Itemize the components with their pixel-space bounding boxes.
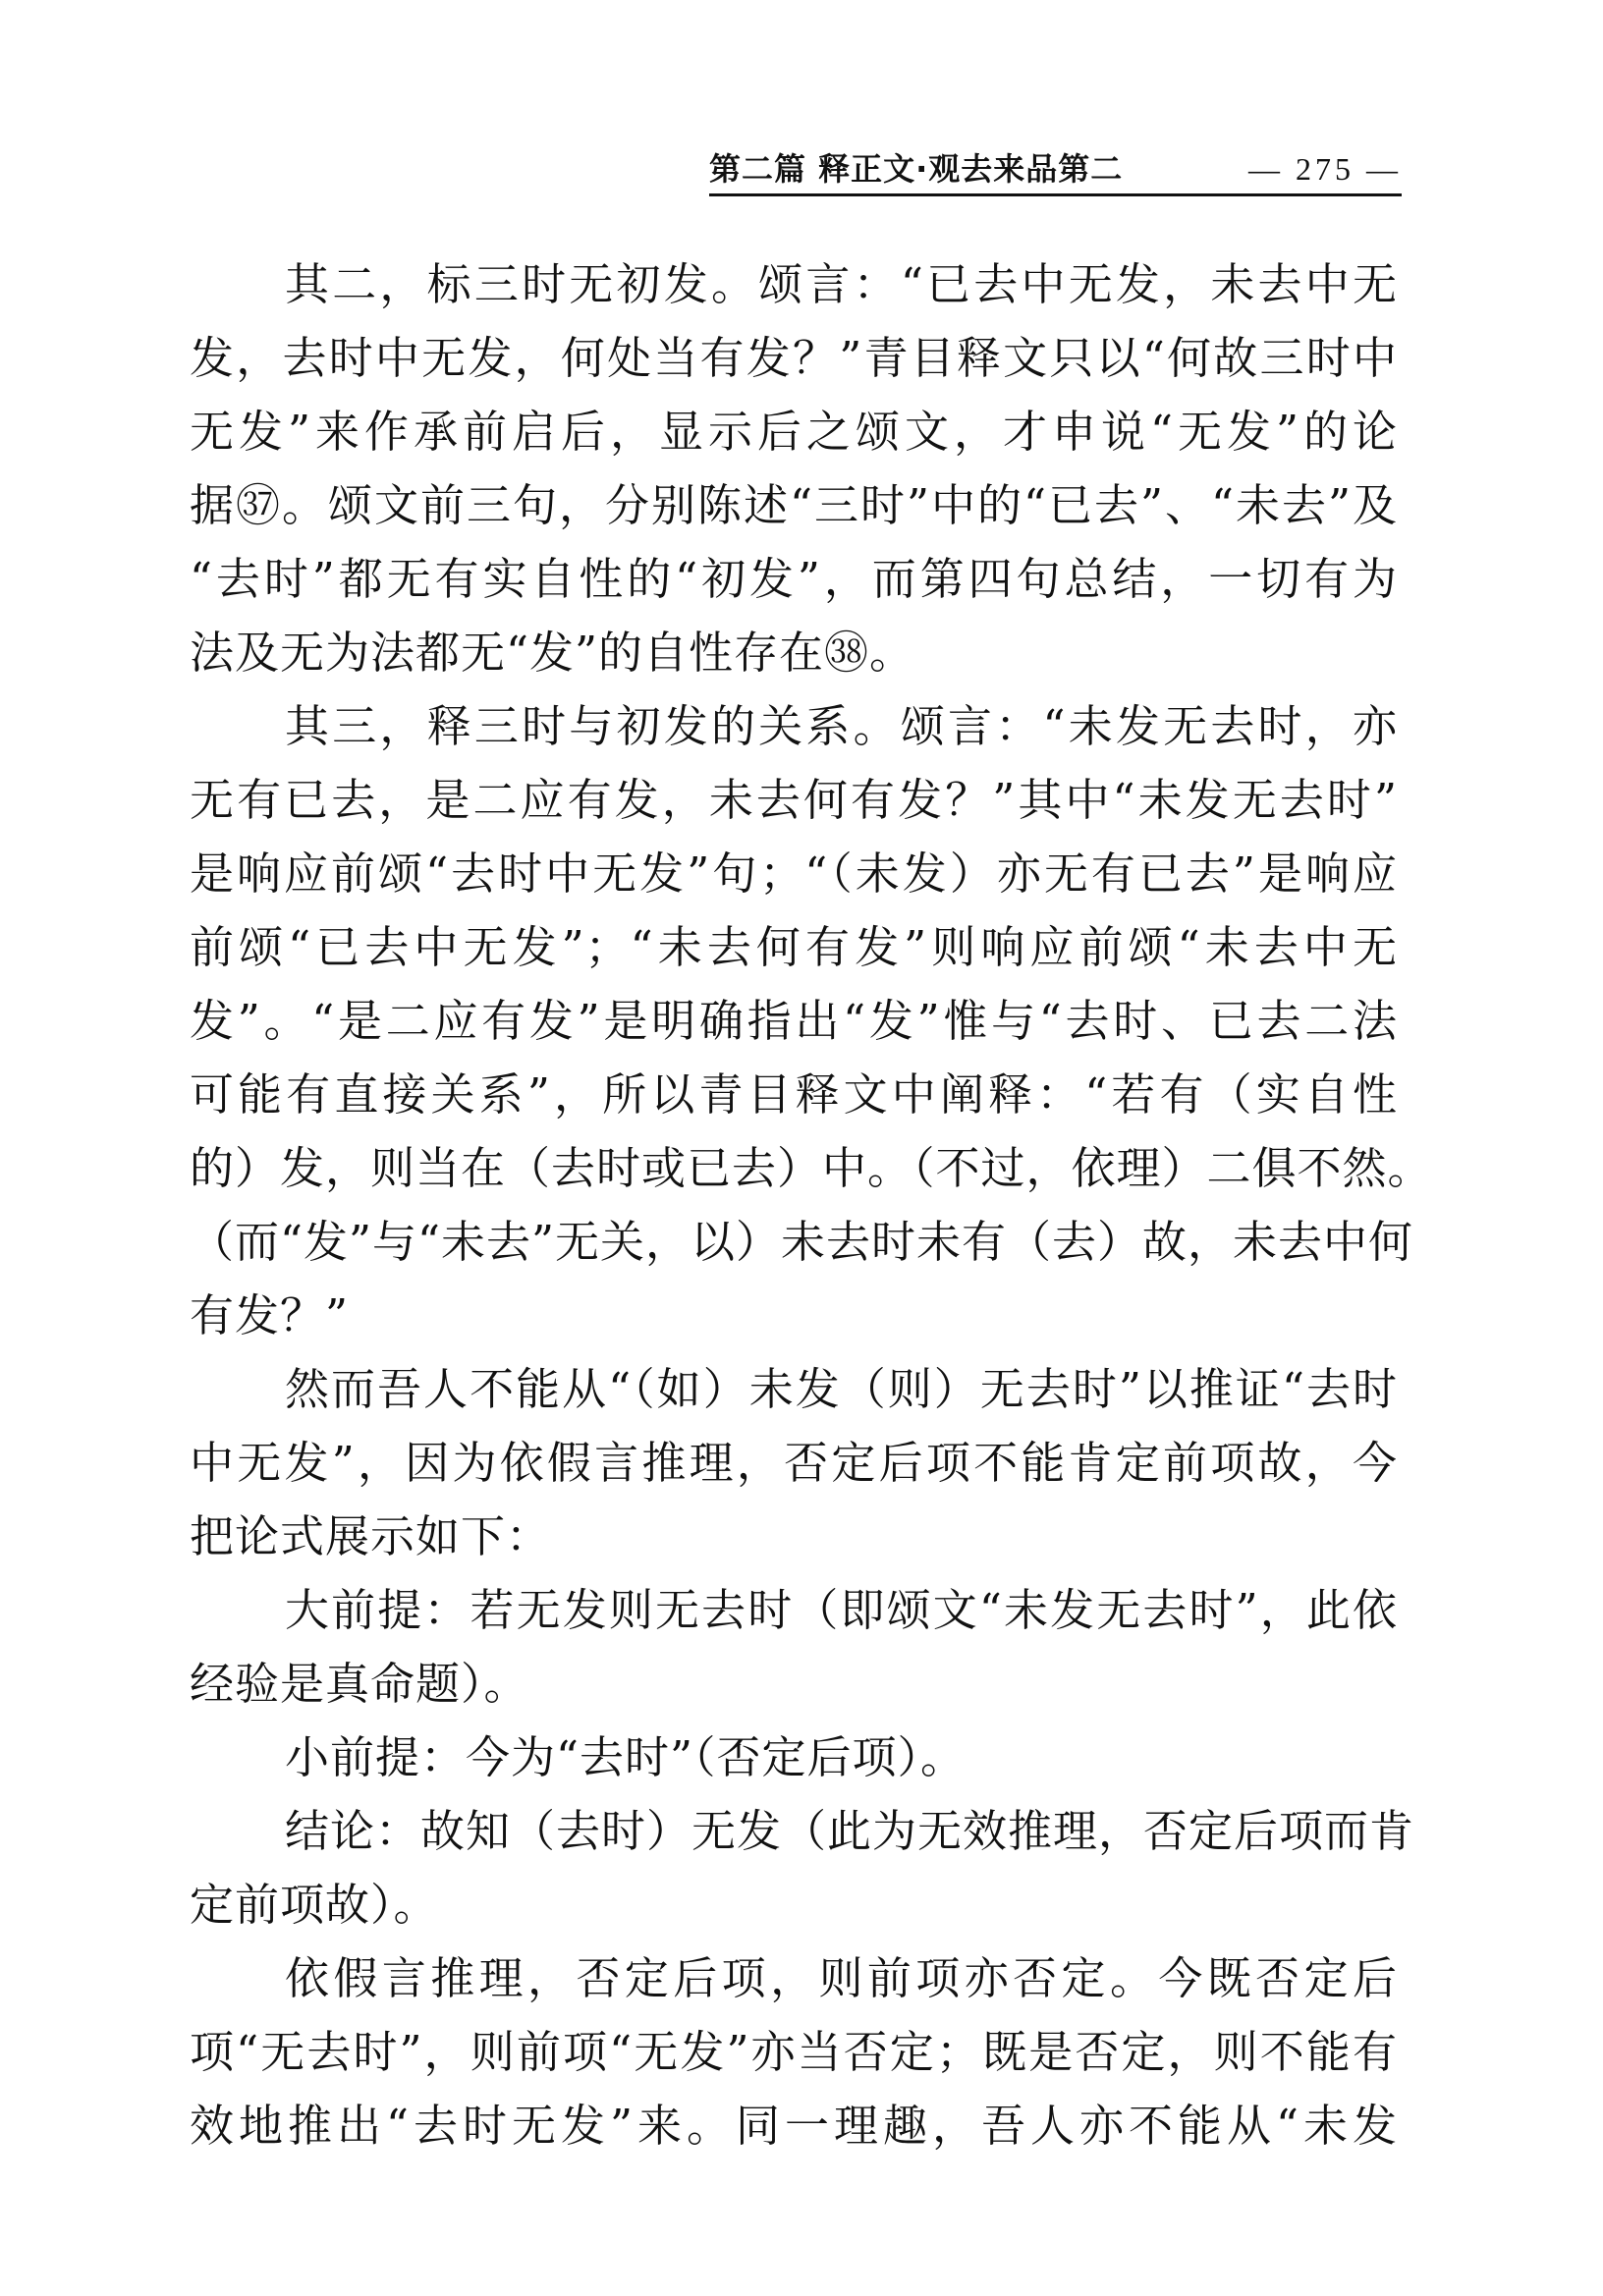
text-line: 大前提：若无发则无去时（即颂文“未发无去时”，此依 bbox=[285, 1581, 1398, 1640]
text-line: 效地推出“去时无发”来。同一理趣，吾人亦不能从“未发 bbox=[190, 2097, 1398, 2156]
text-line: 项“无去时”，则前项“无发”亦当否定；既是否定，则不能有 bbox=[190, 2023, 1398, 2082]
text-line: 的）发，则当在（去时或已去）中。（不过，依理）二俱不然。 bbox=[190, 1139, 1398, 1198]
text-line: 前颂“已去中无发”；“未去何有发”则响应前颂“未去中无 bbox=[190, 918, 1398, 977]
text-line: 中无发”，因为依假言推理，否定后项不能肯定前项故，今 bbox=[190, 1434, 1398, 1493]
text-line: 是响应前颂“去时中无发”句；“（未发）亦无有已去”是响应 bbox=[190, 845, 1398, 903]
text-line: 据㊲。颂文前三句，分别陈述“三时”中的“已去”、“未去”及 bbox=[190, 476, 1398, 535]
text-line: 依假言推理，否定后项，则前项亦否定。今既否定后 bbox=[285, 1949, 1398, 2008]
text-line: 法及无为法都无“发”的自性存在㊳。 bbox=[190, 624, 1398, 683]
text-line: 定前项故）。 bbox=[190, 1876, 1398, 1935]
text-line: （而“发”与“未去”无关，以）未去时未有（去）故，未去中何 bbox=[190, 1213, 1398, 1272]
text-line: 可能有直接关系”，所以青目释文中阐释：“若有（实自性 bbox=[190, 1066, 1398, 1124]
text-line: 其三，释三时与初发的关系。颂言：“未发无去时，亦 bbox=[285, 697, 1398, 756]
text-line: 其二，标三时无初发。颂言：“已去中无发，未去中无 bbox=[285, 255, 1398, 314]
text-line: 无发”来作承前启后，显示后之颂文，才申说“无发”的论 bbox=[190, 403, 1398, 462]
text-line: 发”。“是二应有发”是明确指出“发”惟与“去时、已去二法 bbox=[190, 992, 1398, 1051]
text-line: 然而吾人不能从“（如）未发（则）无去时”以推证“去时 bbox=[285, 1360, 1398, 1419]
text-line: 经验是真命题）。 bbox=[190, 1655, 1398, 1714]
running-head-title: 第二篇 释正文·观去来品第二 bbox=[709, 147, 1123, 194]
text-line: 发，去时中无发，何处当有发？”青目释文只以“何故三时中 bbox=[190, 329, 1398, 388]
running-head: 第二篇 释正文·观去来品第二 — 275 — bbox=[709, 147, 1402, 194]
text-line: 无有已去，是二应有发，未去何有发？”其中“未发无去时” bbox=[190, 771, 1398, 830]
text-line: 小前提：今为“去时”（否定后项）。 bbox=[285, 1728, 1398, 1787]
text-line: 结论：故知（去时）无发（此为无效推理，否定后项而肯 bbox=[285, 1802, 1398, 1861]
header-rule bbox=[709, 193, 1402, 196]
text-line: 有发？” bbox=[190, 1286, 1398, 1345]
text-line: “去时”都无有实自性的“初发”，而第四句总结，一切有为 bbox=[190, 550, 1398, 609]
page-number: — 275 — bbox=[1248, 147, 1402, 194]
text-line: 把论式展示如下： bbox=[190, 1507, 1398, 1566]
